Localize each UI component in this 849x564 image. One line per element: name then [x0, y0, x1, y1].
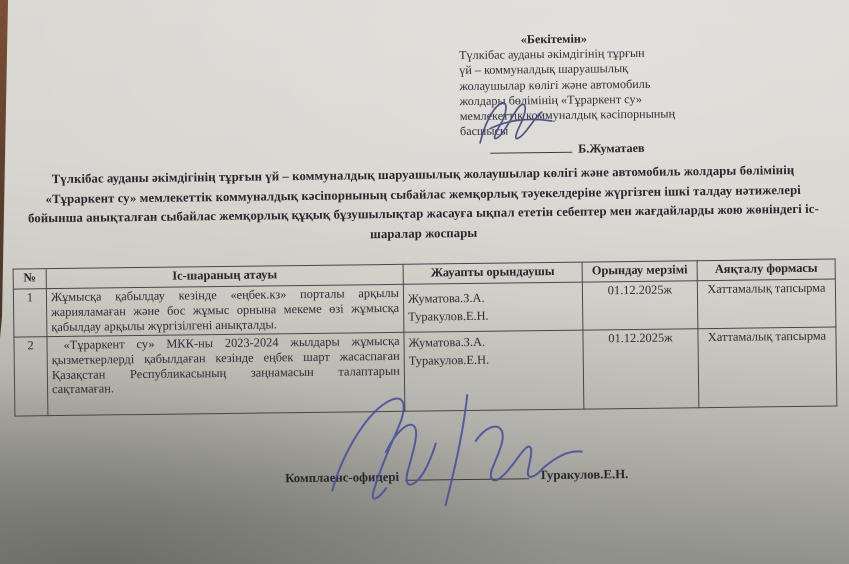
document-content: «Бекітемін» Түлкібас ауданы әкімдігінің … [0, 0, 849, 564]
compliance-officer-signature [313, 389, 604, 511]
responsible-name: Туракулов.Е.Н. [409, 349, 579, 369]
cell-deadline: 01.12.2025ж [582, 281, 698, 330]
column-header-number: № [13, 269, 46, 289]
activity-text: Жұмысқа қабылдау кезінде «еңбек.кз» порт… [51, 286, 399, 334]
cell-responsible: Жуматова.З.А. Туракулов.Е.Н. [403, 282, 583, 332]
director-signature [470, 96, 571, 149]
approval-signer-name: Б.Жуматаев [578, 141, 645, 156]
cell-number: 2 [14, 336, 48, 415]
document-title: Түлкібас ауданы әкімдігінің тұрғын үй – … [20, 161, 826, 249]
cell-activity: Жұмысқа қабылдау кезінде «еңбек.кз» порт… [46, 284, 404, 336]
responsible-name: Туракулов.Е.Н. [408, 306, 578, 326]
cell-number: 1 [13, 289, 47, 337]
cell-completion-form: Хаттамалық тапсырма [698, 327, 837, 408]
column-header-responsible: Жауапты орындаушы [403, 262, 582, 284]
responsible-name: Жуматова.З.А. [408, 288, 578, 308]
responsible-name: Жуматова.З.А. [408, 331, 578, 351]
cell-completion-form: Хаттамалық тапсырма [697, 279, 836, 328]
column-header-deadline: Орындау мерзімі [582, 261, 697, 282]
column-header-completion-form: Аяқталу формасы [697, 259, 835, 281]
activity-text: «Тұраркент су» МКК-ны 2023-2024 жылдары … [51, 334, 400, 398]
